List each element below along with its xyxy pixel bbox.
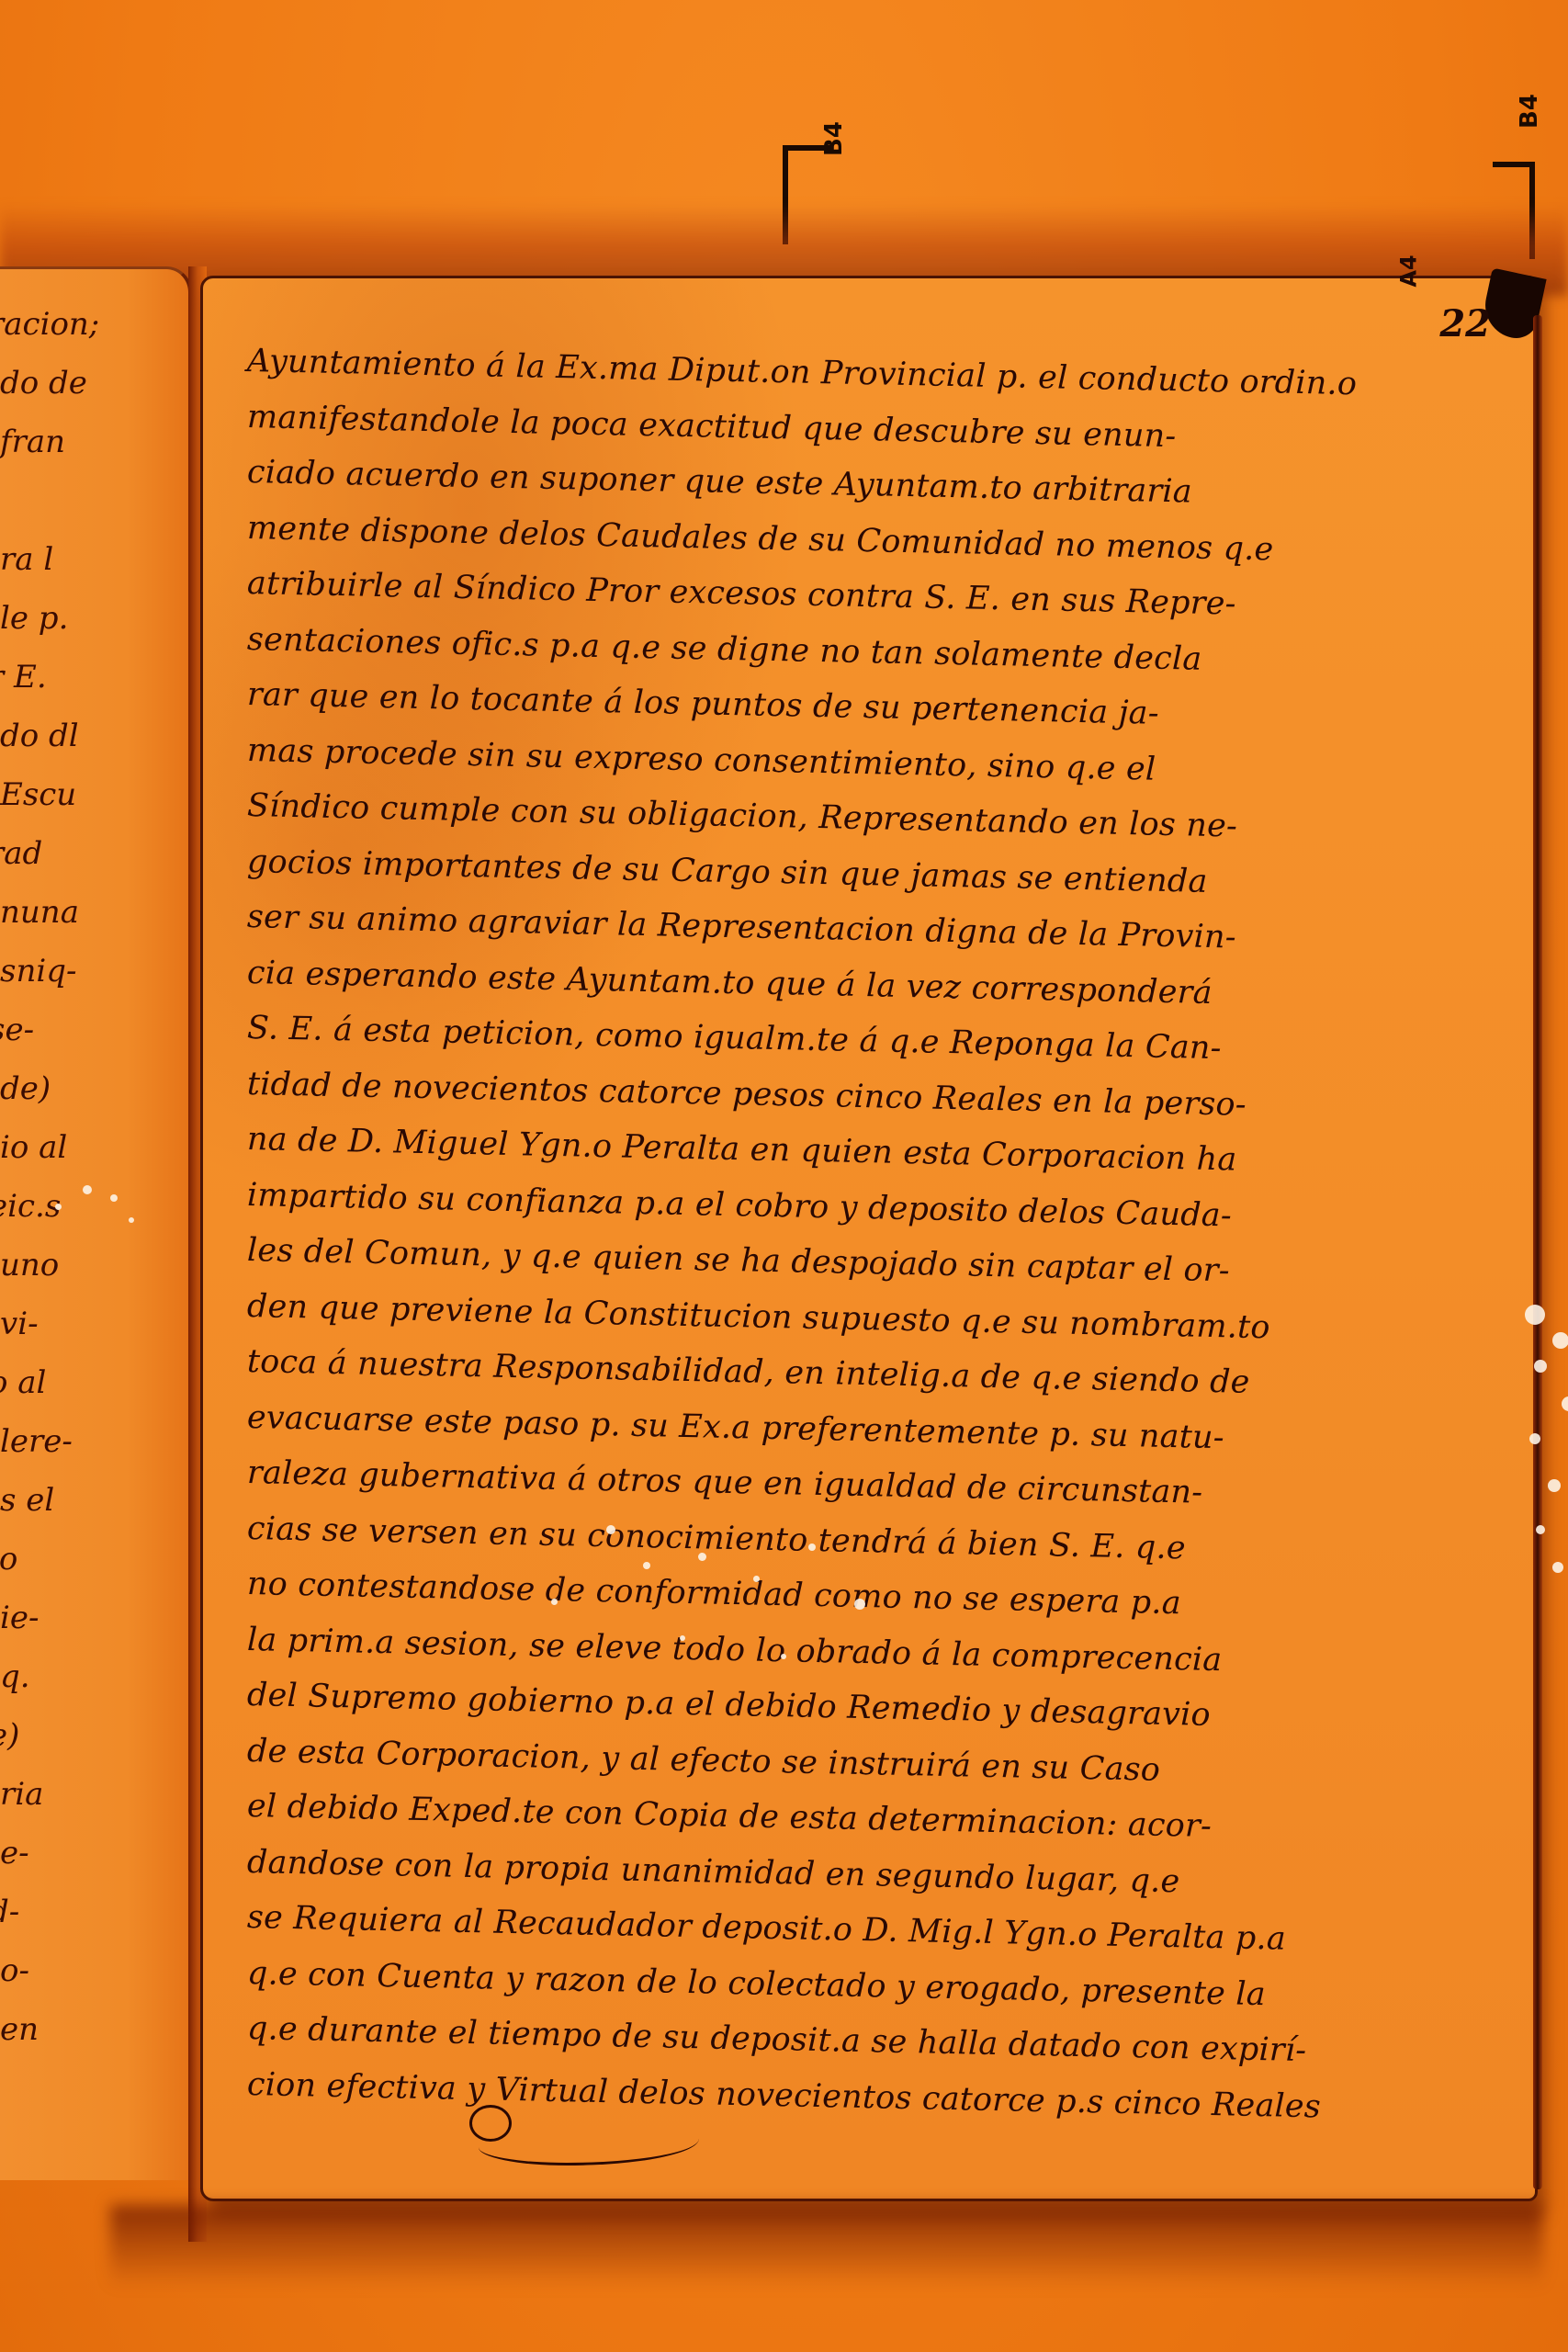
left-page-line: e- <box>0 1835 29 1871</box>
left-page-line: de) <box>0 1070 51 1107</box>
left-page-line: s el <box>0 1482 54 1519</box>
left-page-line: ra l <box>0 541 53 578</box>
speckle <box>55 1204 62 1210</box>
main-page: A4 22 Ayuntamiento á la Ex.ma Diput.on P… <box>200 276 1538 2201</box>
left-page-line: nuna <box>0 894 79 931</box>
speckle <box>1529 1433 1540 1444</box>
speckle <box>83 1185 92 1194</box>
left-page-line: e) <box>0 1717 19 1754</box>
left-page-fragment: racion;do defranra lle p.r E.do dlEscura… <box>0 266 192 2180</box>
speckle <box>781 1654 786 1659</box>
speckle <box>1536 1525 1545 1534</box>
left-page-line: o- <box>0 1952 29 1989</box>
left-page-line: se- <box>0 1012 34 1048</box>
speckle <box>1534 1360 1547 1373</box>
left-page-line: uno <box>0 1247 59 1283</box>
speckle <box>808 1543 816 1551</box>
page-edge <box>1533 315 1542 2189</box>
left-page-line: lo <box>0 1541 17 1577</box>
crop-mark-label-right: B4 <box>1516 94 1543 129</box>
bottom-shadow <box>110 2205 1543 2288</box>
speckle <box>551 1599 558 1605</box>
left-page-line: eic.s <box>0 1188 61 1225</box>
left-page-line: ie- <box>0 1600 39 1636</box>
speckle <box>643 1562 650 1569</box>
speckle <box>1525 1305 1545 1325</box>
speckle <box>1562 1396 1568 1411</box>
left-page-line: o al <box>0 1364 46 1401</box>
speckle <box>854 1599 865 1610</box>
speckle <box>606 1525 615 1534</box>
left-page-line: lere- <box>0 1423 73 1460</box>
left-page-line: r E. <box>0 659 47 695</box>
corner-annotation: A4 <box>1395 254 1421 287</box>
left-page-line: do de <box>0 365 87 401</box>
left-page-line: vi- <box>0 1306 39 1342</box>
crop-mark-label-left: B4 <box>820 121 848 156</box>
speckle <box>753 1576 760 1582</box>
left-page-line: d- <box>0 1894 19 1930</box>
speckle <box>129 1217 134 1223</box>
left-page-line: fran <box>0 424 65 460</box>
left-page-line: rad <box>0 835 42 872</box>
speckle <box>1552 1332 1568 1349</box>
speckle <box>680 1635 685 1641</box>
closing-flourish <box>479 2120 699 2165</box>
left-page-line: en <box>0 2011 39 2048</box>
left-page-line: q. <box>0 1658 30 1695</box>
left-page-line: do dl <box>0 718 79 754</box>
speckle <box>698 1553 706 1561</box>
manuscript-text: Ayuntamiento á la Ex.ma Diput.on Provinc… <box>247 334 1489 2112</box>
left-page-line: le p. <box>0 600 68 637</box>
manuscript-photo: B4 B4 racion;do defranra lle p.r E.do dl… <box>0 0 1568 2352</box>
speckle <box>1548 1479 1561 1492</box>
left-page-line: Escu <box>0 776 76 813</box>
left-page-line: sniq- <box>0 953 76 989</box>
speckle <box>1552 1562 1563 1573</box>
speckle <box>110 1194 118 1202</box>
left-page-line: racion; <box>0 306 99 343</box>
left-page-line: ria <box>0 1776 43 1813</box>
left-page-line: io al <box>0 1129 67 1166</box>
